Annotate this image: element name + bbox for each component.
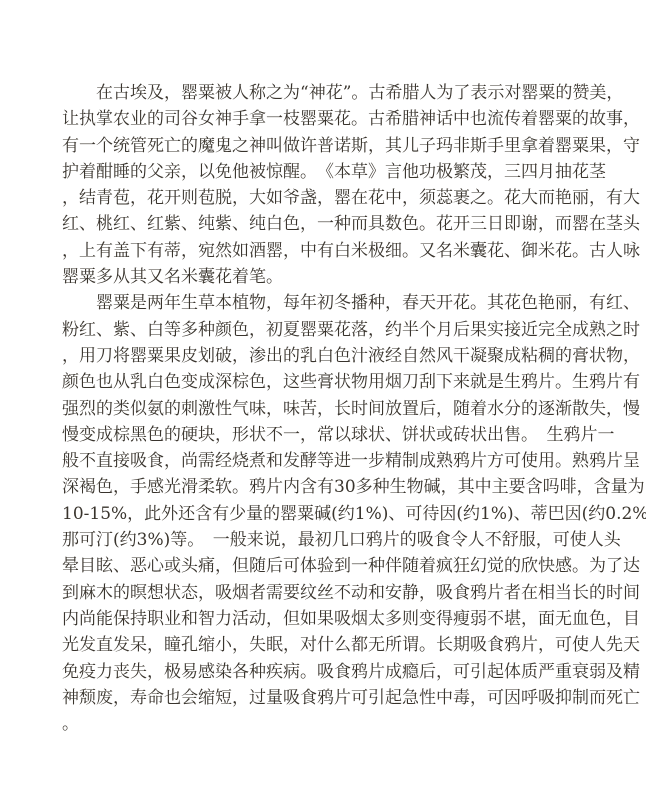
- text-line: 晕目眩、恶心或头痛，但随后可体验到一种伴随着疯狂幻觉的欣快感。为了达: [62, 553, 646, 579]
- text-line: 罂粟多从其又名米囊花着笔。: [62, 264, 646, 290]
- text-line: 颜色也从乳白色变成深棕色，这些膏状物用烟刀刮下来就是生鸦片。生鸦片有: [62, 369, 646, 395]
- text-line: 光发直发呆，瞳孔缩小，失眠，对什么都无所谓。长期吸食鸦片，可使人先天: [62, 632, 646, 658]
- text-line: 罂粟是两年生草本植物，每年初冬播种，春天开花。其花色艳丽，有红、: [62, 290, 646, 316]
- text-line: 在古埃及，罂粟被人称之为“神花”。古希腊人为了表示对罂粟的赞美，: [62, 80, 646, 106]
- text-line: ，结青苞，花开则苞脱，大如爷盏，罂在花中，须蕊裹之。花大而艳丽，有大: [62, 185, 646, 211]
- text-line: 10-15%，此外还含有少量的罂粟碱(约1%)、可待因(约1%)、蒂巴因(约0.…: [62, 501, 646, 527]
- text-line: 那可汀(约3%)等。 一般来说，最初几口鸦片的吸食令人不舒服，可使人头: [62, 527, 646, 553]
- document-text-block: 在古埃及，罂粟被人称之为“神花”。古希腊人为了表示对罂粟的赞美， 让执掌农业的司…: [62, 80, 646, 737]
- text-line: ，上有盖下有蒂，宛然如酒罂，中有白米极细。又名米囊花、御米花。古人咏: [62, 238, 646, 264]
- text-line: 免疫力丧失，极易感染各种疾病。吸食鸦片成瘾后，可引起体质严重衰弱及精: [62, 659, 646, 685]
- text-line: 神颓废，寿命也会缩短，过量吸食鸦片可引起急性中毒，可因呼吸抑制而死亡: [62, 685, 646, 711]
- document-page: 在古埃及，罂粟被人称之为“神花”。古希腊人为了表示对罂粟的赞美， 让执掌农业的司…: [0, 0, 646, 800]
- text-line: 护着酣睡的父亲，以免他被惊醒。 《本草》言他功极繁茂，三四月抽花茎: [62, 159, 646, 185]
- text-line: 红、桃红、红紫、纯紫、纯白色，一种而具数色。花开三日即谢，而罂在茎头: [62, 211, 646, 237]
- text-line: 到麻木的暝想状态，吸烟者需要纹丝不动和安静，吸食鸦片者在相当长的时间: [62, 580, 646, 606]
- text-line: ，用刀将罂粟果皮划破，渗出的乳白色汁液经自然风干凝聚成粘稠的膏状物，: [62, 343, 646, 369]
- text-line: 般不直接吸食，尚需经烧煮和发酵等进一步精制成熟鸦片方可使用。熟鸦片呈: [62, 448, 646, 474]
- text-line: 。: [62, 711, 646, 737]
- text-line: 让执掌农业的司谷女神手拿一枝罂粟花。古希腊神话中也流传着罂粟的故事，: [62, 106, 646, 132]
- text-line: 有一个统管死亡的魔鬼之神叫做许普诺斯，其儿子玛非斯手里拿着罂粟果，守: [62, 133, 646, 159]
- text-line: 深褐色，手感光滑柔软。鸦片内含有30多种生物碱，其中主要含吗啡，含量为: [62, 474, 646, 500]
- text-line: 内尚能保持职业和智力活动，但如果吸烟太多则变得瘦弱不堪，面无血色，目: [62, 606, 646, 632]
- text-line: 强烈的类似氨的刺激性气味，味苦，长时间放置后，随着水分的逐渐散失，慢: [62, 396, 646, 422]
- text-line: 慢变成棕黑色的硬块，形状不一，常以球状、饼状或砖状出售。 生鸦片一: [62, 422, 646, 448]
- text-line: 粉红、紫、白等多种颜色，初夏罂粟花落，约半个月后果实接近完全成熟之时: [62, 317, 646, 343]
